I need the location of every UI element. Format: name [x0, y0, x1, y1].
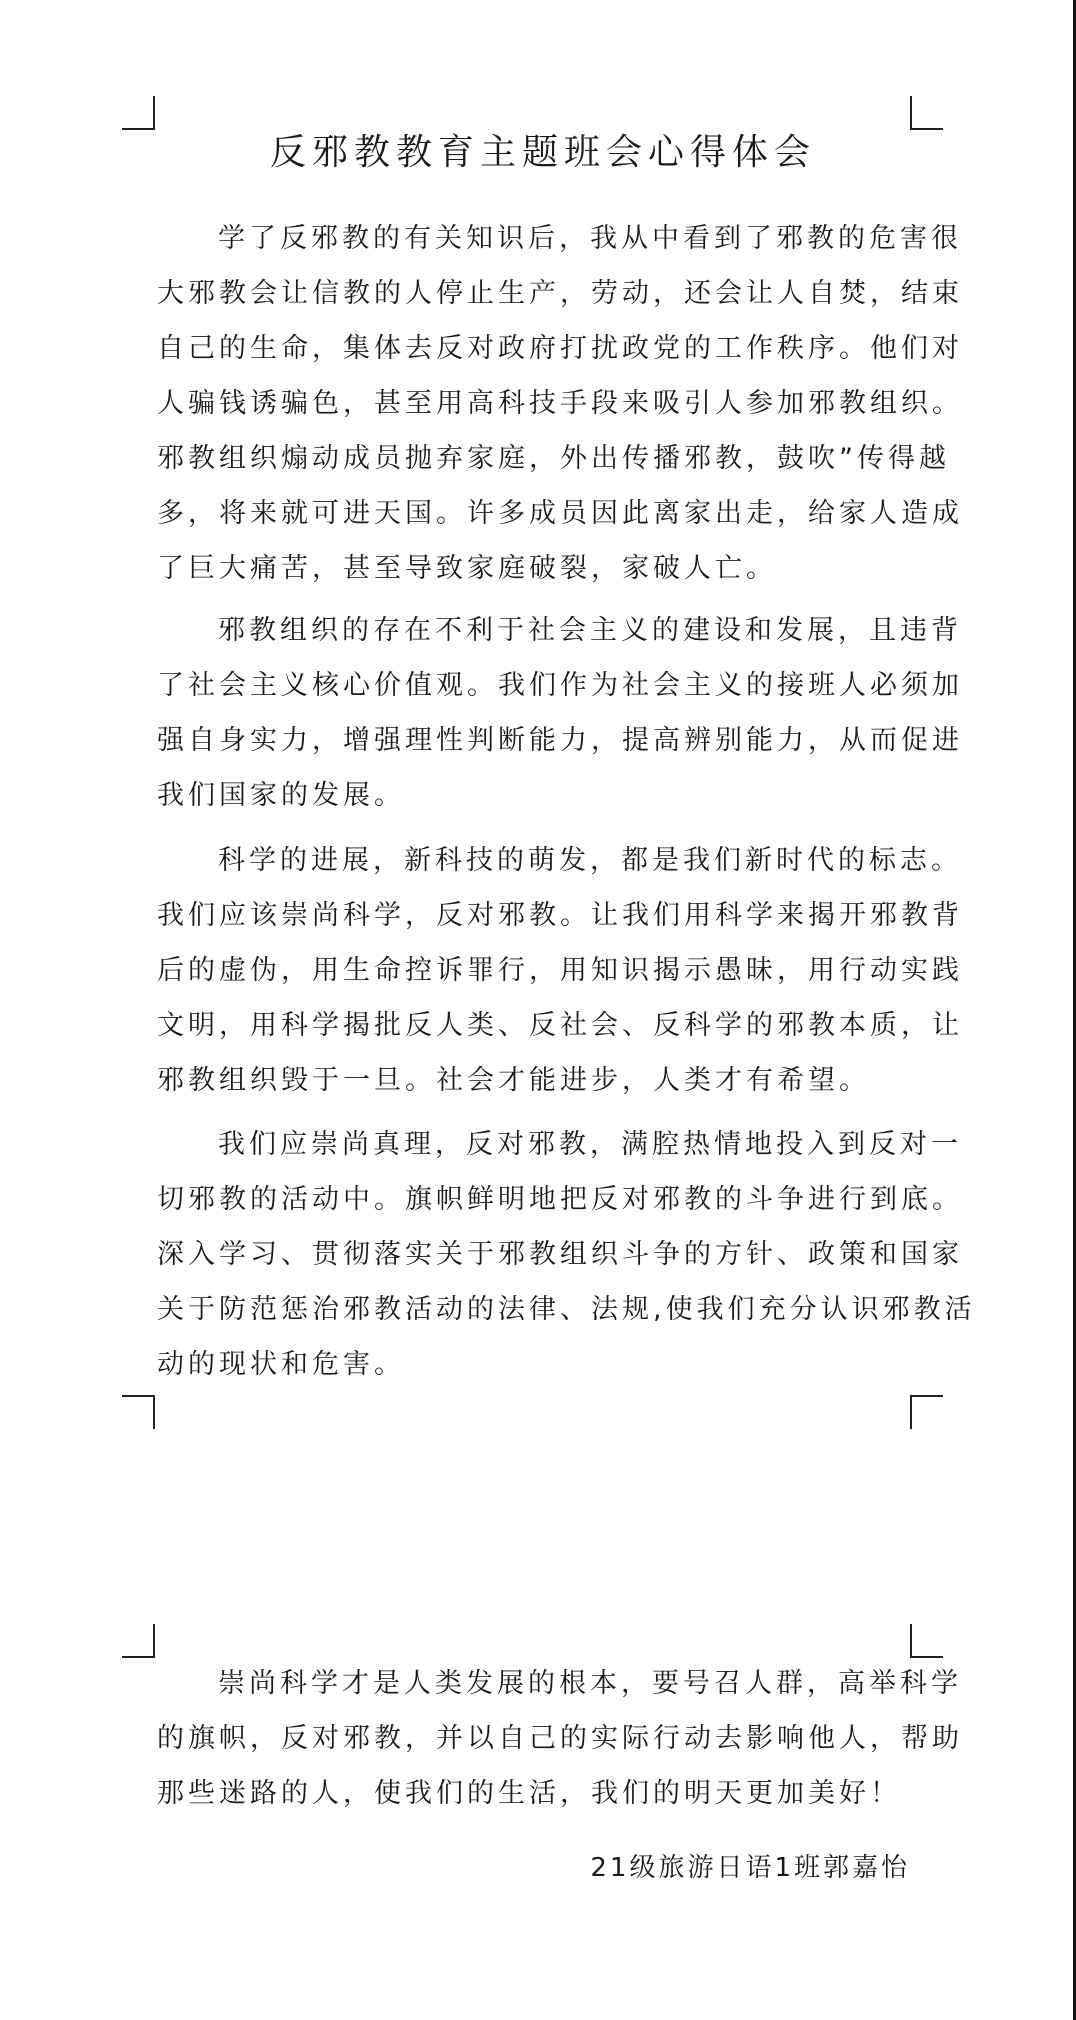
author-signature: 21级旅游日语1班郭嘉怡 [590, 1843, 910, 1893]
paragraph-line: 深入学习、贯彻落实关于邪教组织斗争的方针、政策和国家 [157, 1227, 913, 1282]
paragraph-line: 人骗钱诱骗色，甚至用高科技手段来吸引人参加邪教组织。 [157, 376, 913, 431]
crop-mark-bottom-right [910, 1395, 943, 1429]
paragraph-line: 切邪教的活动中。旗帜鲜明地把反对邪教的斗争进行到底。 [157, 1172, 913, 1227]
paragraph-line: 多，将来就可进天国。许多成员因此离家出走，给家人造成 [157, 486, 913, 541]
paragraph-line: 大邪教会让信教的人停止生产，劳动，还会让人自焚，结束 [157, 266, 913, 321]
paragraph-line: 后的虚伪，用生命控诉罪行，用知识揭示愚昧，用行动实践 [157, 943, 913, 998]
paragraph-line: 文明，用科学揭批反人类、反社会、反科学的邪教本质，让 [157, 998, 913, 1053]
paragraph-line: 崇尚科学才是人类发展的根本，要号召人群，高举科学 [157, 1656, 913, 1711]
paragraph-4: 我们应崇尚真理，反对邪教，满腔热情地投入到反对一 切邪教的活动中。旗帜鲜明地把反… [157, 1117, 913, 1392]
paragraph-line: 动的现状和危害。 [157, 1337, 913, 1392]
crop-mark-page2-top-left [122, 1624, 155, 1658]
crop-mark-top-right [910, 96, 943, 130]
paragraph-line: 我们应崇尚真理，反对邪教，满腔热情地投入到反对一 [157, 1117, 913, 1172]
paragraph-3: 科学的进展，新科技的萌发，都是我们新时代的标志。 我们应该崇尚科学，反对邪教。让… [157, 833, 913, 1108]
crop-mark-top-left [122, 96, 155, 130]
paragraph-2: 邪教组织的存在不利于社会主义的建设和发展，且违背 了社会主义核心价值观。我们作为… [157, 603, 913, 823]
paragraph-line: 学了反邪教的有关知识后，我从中看到了邪教的危害很 [157, 211, 913, 266]
paragraph-line: 那些迷路的人，使我们的生活，我们的明天更加美好！ [157, 1766, 913, 1821]
crop-mark-page2-top-right [910, 1624, 943, 1658]
paragraph-line: 自己的生命，集体去反对政府打扰政党的工作秩序。他们对 [157, 321, 913, 376]
paragraph-5: 崇尚科学才是人类发展的根本，要号召人群，高举科学 的旗帜，反对邪教，并以自己的实… [157, 1656, 913, 1821]
paragraph-line: 的旗帜，反对邪教，并以自己的实际行动去影响他人，帮助 [157, 1711, 913, 1766]
paragraph-line: 强自身实力，增强理性判断能力，提高辨别能力，从而促进 [157, 713, 913, 768]
paragraph-line: 我们应该崇尚科学，反对邪教。让我们用科学来揭开邪教背 [157, 888, 913, 943]
crop-mark-bottom-left [122, 1395, 155, 1429]
paragraph-line: 我们国家的发展。 [157, 768, 913, 823]
paragraph-line: 邪教组织的存在不利于社会主义的建设和发展，且违背 [157, 603, 913, 658]
paragraph-line: 关于防范惩治邪教活动的法律、法规,使我们充分认识邪教活 [157, 1282, 913, 1337]
paragraph-1: 学了反邪教的有关知识后，我从中看到了邪教的危害很 大邪教会让信教的人停止生产，劳… [157, 211, 913, 596]
paragraph-line: 了巨大痛苦，甚至导致家庭破裂，家破人亡。 [157, 541, 913, 596]
paragraph-line: 邪教组织毁于一旦。社会才能进步，人类才有希望。 [157, 1053, 913, 1108]
paragraph-line: 了社会主义核心价值观。我们作为社会主义的接班人必须加 [157, 658, 913, 713]
paragraph-line: 科学的进展，新科技的萌发，都是我们新时代的标志。 [157, 833, 913, 888]
paragraph-line: 邪教组织煽动成员抛弃家庭，外出传播邪教，鼓吹”传得越 [157, 431, 913, 486]
document-title: 反邪教教育主题班会心得体会 [270, 128, 800, 178]
